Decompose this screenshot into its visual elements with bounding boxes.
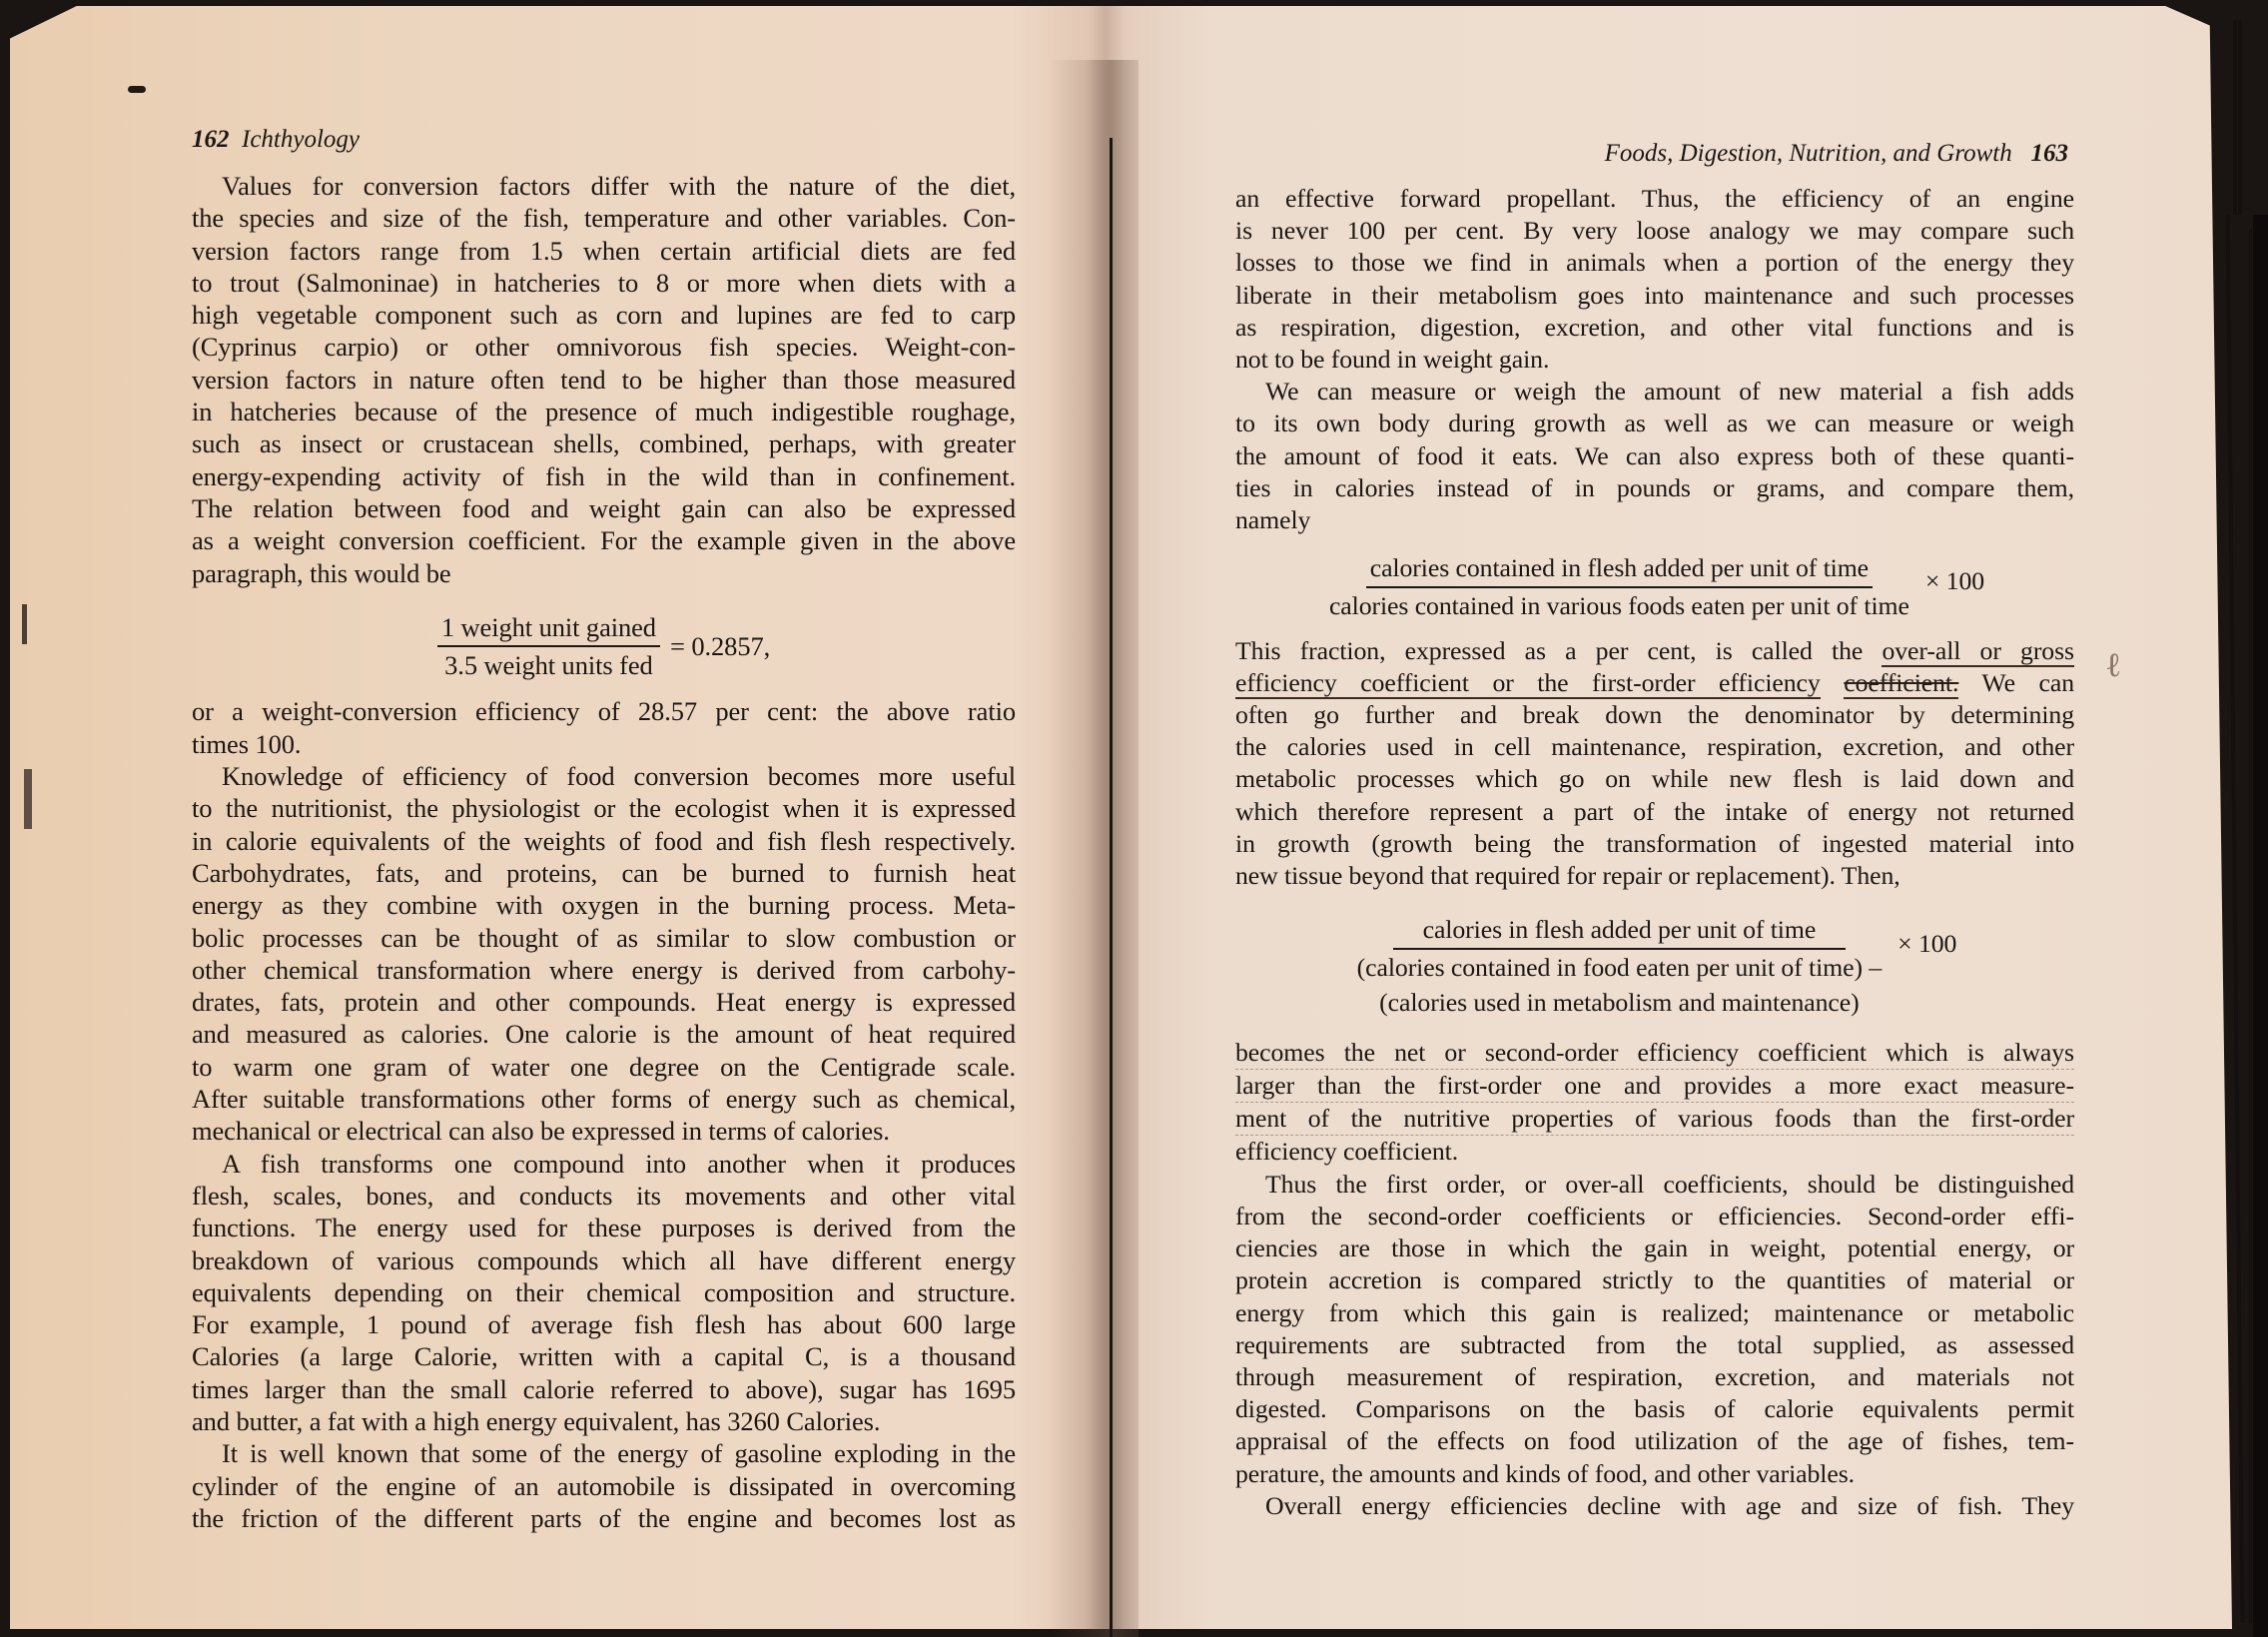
formula-weight-conversion: 1 weight unit gained 3.5 weight units fe… <box>192 611 1016 682</box>
paragraph: Thus the first order, or over-all coeffi… <box>1235 1169 2074 1490</box>
text-line: is never 100 per cent. By very loose ana… <box>1235 215 2074 247</box>
text-line: protein accretion is compared strictly t… <box>1235 1264 2074 1296</box>
text-line: in calorie equivalents of the weights of… <box>192 825 1016 857</box>
paragraph: or a weight-conversion efficiency of 28.… <box>192 695 1016 760</box>
right-page-number: 163 <box>2031 140 2069 167</box>
formula-gross-efficiency: calories contained in flesh added per un… <box>1235 552 2074 622</box>
text-line: perature, the amounts and kinds of food,… <box>1235 1458 2074 1490</box>
text-line: requirements are subtracted from the tot… <box>1235 1329 2074 1361</box>
right-page-body: an effective forward propellant. Thus, t… <box>1235 183 2074 1522</box>
left-running-head: 162 Ichthyology <box>192 126 360 154</box>
fraction-denominator-line1: (calories contained in food eaten per un… <box>1353 950 1887 984</box>
page-edge-line <box>2249 230 2252 1623</box>
paragraph: We can measure or weigh the amount of ne… <box>1235 376 2074 536</box>
ink-speck <box>128 86 146 93</box>
text-line: energy-expending activity of fish in the… <box>192 460 1016 492</box>
formula-multiplier: × 100 <box>1925 565 1984 597</box>
paragraph: A fish transforms one compound into anot… <box>192 1148 1016 1438</box>
ink-speck <box>22 604 27 644</box>
paragraph: Values for conversion factors differ wit… <box>192 170 1016 589</box>
text-line: high vegetable component such as corn an… <box>192 299 1016 331</box>
text-line: ciencies are those in which the gain in … <box>1235 1232 2074 1264</box>
text-line: functions. The energy used for these pur… <box>192 1212 1016 1243</box>
text-line: or a weight-conversion efficiency of 28.… <box>192 695 1016 727</box>
text-line: to trout (Salmoninae) in hatcheries to 8… <box>192 267 1016 299</box>
text-line: such as insect or crustacean shells, com… <box>192 427 1016 459</box>
text-line: the friction of the different parts of t… <box>192 1502 1016 1534</box>
text-line: breakdown of various compounds which all… <box>192 1244 1016 1276</box>
text-segment: This fraction, expressed as a per cent, … <box>1235 636 1863 665</box>
text-line: ment of the nutritive properties of vari… <box>1235 1103 2074 1136</box>
text-line: from the second-order coefficients or ef… <box>1235 1201 2074 1232</box>
text-line: to the nutritionist, the physiologist or… <box>192 792 1016 824</box>
page-edge-line <box>2233 20 2237 215</box>
underlined-term: efficiency coefficient or the first-orde… <box>1235 668 1821 699</box>
text-line: the amount of food it eats. We can also … <box>1235 440 2074 472</box>
text-line: energy from which this gain is realized;… <box>1235 1297 2074 1329</box>
text-line: drates, fats, protein and other compound… <box>192 986 1016 1018</box>
text-line: not to be found in weight gain. <box>1235 344 2074 376</box>
fraction: calories in flesh added per unit of time… <box>1353 914 1887 1019</box>
text-line: A fish transforms one compound into anot… <box>192 1148 1016 1180</box>
text-line: in growth (growth being the transformati… <box>1235 828 2074 860</box>
text-line: times 100. <box>192 728 1016 760</box>
text-line: the calories used in cell maintenance, r… <box>1235 731 2074 763</box>
pencil-margin-mark: ℓ <box>2105 647 2121 685</box>
text-line: mechanical or electrical can also be exp… <box>192 1115 1016 1147</box>
page-edge-line <box>2238 20 2242 215</box>
fraction-denominator: 3.5 weight units fed <box>440 647 657 681</box>
paragraph: It is well known that some of the energy… <box>192 1437 1016 1534</box>
right-running-title: Foods, Digestion, Nutrition, and Growth <box>1605 140 2012 167</box>
text-line: new tissue beyond that required for repa… <box>1235 860 2074 892</box>
text-line: digested. Comparisons on the basis of ca… <box>1235 1393 2074 1425</box>
text-line: liberate in their metabolism goes into m… <box>1235 280 2074 312</box>
struck-term: coefficient. <box>1844 668 1958 699</box>
text-line: an effective forward propellant. Thus, t… <box>1235 183 2074 215</box>
text-line: to its own body during growth as well as… <box>1235 408 2074 439</box>
text-line: in hatcheries because of the presence of… <box>192 396 1016 427</box>
text-line: which therefore represent a part of the … <box>1235 796 2074 828</box>
paragraph: an effective forward propellant. Thus, t… <box>1235 183 2074 376</box>
text-line: flesh, scales, bones, and conducts its m… <box>192 1180 1016 1212</box>
formula-net-efficiency: calories in flesh added per unit of time… <box>1235 914 2074 1019</box>
text-line: energy as they combine with oxygen in th… <box>192 889 1016 921</box>
text-line: Carbohydrates, fats, and proteins, can b… <box>192 857 1016 889</box>
text-line: equivalents depending on their chemical … <box>192 1276 1016 1308</box>
formula-multiplier: × 100 <box>1897 928 1956 960</box>
text-line: to warm one gram of water one degree on … <box>192 1051 1016 1083</box>
text-line: This fraction, expressed as a per cent, … <box>1235 635 2074 667</box>
text-line: often go further and break down the deno… <box>1235 699 2074 731</box>
fraction-numerator: calories contained in flesh added per un… <box>1366 552 1873 588</box>
text-line: ties in calories instead of in pounds or… <box>1235 472 2074 504</box>
text-line: times larger than the small calorie refe… <box>192 1373 1016 1405</box>
paragraph: becomes the net or second-order efficien… <box>1235 1037 2074 1169</box>
text-line: efficiency coefficient. <box>1235 1136 2074 1168</box>
text-line: the species and size of the fish, temper… <box>192 202 1016 234</box>
text-line: and butter, a fat with a high energy equ… <box>192 1405 1016 1437</box>
fraction-numerator: 1 weight unit gained <box>437 611 660 647</box>
book-gutter-shadow <box>1049 60 1138 1637</box>
left-running-title: Ichthyology <box>242 126 360 153</box>
text-line: After suitable transformations other for… <box>192 1083 1016 1115</box>
text-line: version factors range from 1.5 when cert… <box>192 235 1016 267</box>
text-line: It is well known that some of the energy… <box>192 1437 1016 1469</box>
underlined-term: over-all or gross <box>1882 636 2074 667</box>
fraction: calories contained in flesh added per un… <box>1325 552 1913 622</box>
text-line: larger than the first-order one and prov… <box>1235 1070 2074 1103</box>
text-line: Calories (a large Calorie, written with … <box>192 1340 1016 1372</box>
text-line: becomes the net or second-order efficien… <box>1235 1037 2074 1070</box>
text-line: paragraph, this would be <box>192 557 1016 589</box>
text-line: The relation between food and weight gai… <box>192 492 1016 524</box>
text-line: through measurement of respiration, excr… <box>1235 1361 2074 1393</box>
text-line: other chemical transformation where ener… <box>192 954 1016 986</box>
text-line: version factors in nature often tend to … <box>192 364 1016 396</box>
text-line: as a weight conversion coefficient. For … <box>192 524 1016 556</box>
book-gutter-line <box>1110 138 1113 1637</box>
paragraph: Knowledge of efficiency of food conversi… <box>192 760 1016 1148</box>
background-dark-edge <box>2253 215 2268 1637</box>
text-line: as respiration, digestion, excretion, an… <box>1235 312 2074 344</box>
fraction-denominator: calories contained in various foods eate… <box>1325 588 1913 622</box>
ink-speck <box>24 769 32 829</box>
left-page-number: 162 <box>192 126 230 153</box>
text-line: and measured as calories. One calorie is… <box>192 1018 1016 1050</box>
text-line: bolic processes can be thought of as sim… <box>192 922 1016 954</box>
text-line: Overall energy efficiencies decline with… <box>1235 1490 2074 1522</box>
text-line: appraisal of the effects on food utiliza… <box>1235 1425 2074 1457</box>
fraction: 1 weight unit gained 3.5 weight units fe… <box>437 611 660 682</box>
formula-result: = 0.2857, <box>670 630 770 662</box>
text-line: Thus the first order, or over-all coeffi… <box>1235 1169 2074 1201</box>
text-line: efficiency coefficient or the first-orde… <box>1235 667 2074 699</box>
right-running-head: Foods, Digestion, Nutrition, and Growth … <box>1605 140 2068 168</box>
paragraph: This fraction, expressed as a per cent, … <box>1235 635 2074 893</box>
text-segment: We can <box>1981 668 2074 697</box>
text-line: We can measure or weigh the amount of ne… <box>1235 376 2074 408</box>
text-line: For example, 1 pound of average fish fle… <box>192 1308 1016 1340</box>
fraction-numerator: calories in flesh added per unit of time <box>1393 914 1847 950</box>
text-line: metabolic processes which go on while ne… <box>1235 763 2074 795</box>
fraction-denominator-line2: (calories used in metabolism and mainten… <box>1375 985 1863 1019</box>
text-line: namely <box>1235 504 2074 536</box>
text-line: (Cyprinus carpio) or other omnivorous fi… <box>192 331 1016 363</box>
text-line: Knowledge of efficiency of food conversi… <box>192 760 1016 792</box>
text-line: cylinder of the engine of an automobile … <box>192 1470 1016 1502</box>
text-line: losses to those we find in animals when … <box>1235 247 2074 279</box>
left-page-body: Values for conversion factors differ wit… <box>192 170 1016 1534</box>
text-line: Values for conversion factors differ wit… <box>192 170 1016 202</box>
paragraph: Overall energy efficiencies decline with… <box>1235 1490 2074 1522</box>
